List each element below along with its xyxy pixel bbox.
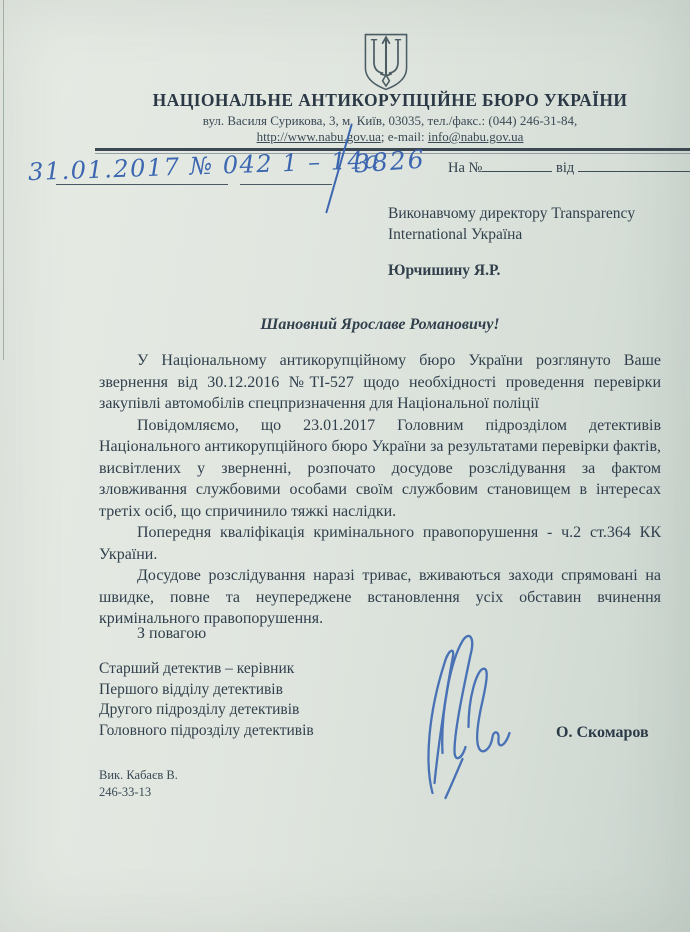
scanned-letter-page: НАЦІОНАЛЬНЕ АНТИКОРУПЦІЙНЕ БЮРО УКРАЇНИ … (0, 0, 690, 932)
website-link: http://www.nabu.gov.ua (257, 129, 381, 144)
salutation: Шановний Ярославе Романовичу! (99, 316, 661, 334)
body-paragraph-4: Досудове розслідування наразі триває, вж… (99, 565, 661, 630)
body-paragraph-2: Повідомляємо, що 23.01.2017 Головним під… (99, 415, 661, 523)
position-line-4: Головного підрозділу детективів (99, 721, 314, 742)
recipient-line-2: International Україна (388, 224, 678, 245)
closing-regards: З повагою (137, 625, 206, 643)
position-line-2: Першого відділу детективів (99, 680, 314, 701)
handwritten-number-suffix: 3826 (353, 145, 426, 179)
executor-phone: 246-33-13 (99, 784, 178, 801)
scan-crease-line (3, 0, 4, 360)
executor-name: Вик. Кабаєв В. (99, 767, 178, 784)
ukraine-trident-shield-icon (360, 32, 412, 92)
body-paragraph-1: У Національному антикорупційному бюро Ук… (99, 350, 661, 415)
org-contact-line: http://www.nabu.gov.ua; e-mail: info@nab… (85, 129, 690, 145)
handwritten-signature-icon (403, 631, 521, 801)
incoming-date-blank (578, 157, 690, 172)
incoming-from-label: від (556, 160, 574, 176)
email-link: info@nabu.gov.ua (428, 129, 524, 144)
incoming-reference-line: На № від (448, 157, 690, 177)
recipient-block: Виконавчому директору Transparency Inter… (388, 203, 678, 281)
recipient-line-1: Виконавчому директору Transparency (388, 203, 678, 224)
position-line-1: Старший детектив – керівник (99, 659, 314, 680)
incoming-number-blank (482, 157, 552, 172)
letter-body: У Національному антикорупційному бюро Ук… (99, 350, 661, 630)
org-name: НАЦІОНАЛЬНЕ АНТИКОРУПЦІЙНЕ БЮРО УКРАЇНИ (85, 90, 690, 111)
body-paragraph-3: Попередня кваліфікація кримінального пра… (99, 522, 661, 565)
incoming-ref-label: На № (448, 160, 482, 176)
signer-name: О. Скомаров (556, 724, 649, 742)
executor-block: Вик. Кабаєв В. 246-33-13 (99, 767, 178, 801)
org-address-line: вул. Василя Сурикова, 3, м. Київ, 03035,… (85, 113, 690, 129)
recipient-name: Юрчишину Я.Р. (388, 260, 678, 281)
position-line-3: Другого підрозділу детективів (99, 700, 314, 721)
contact-separator: ; e-mail: (381, 129, 428, 144)
signer-position-block: Старший детектив – керівник Першого відд… (99, 659, 314, 741)
